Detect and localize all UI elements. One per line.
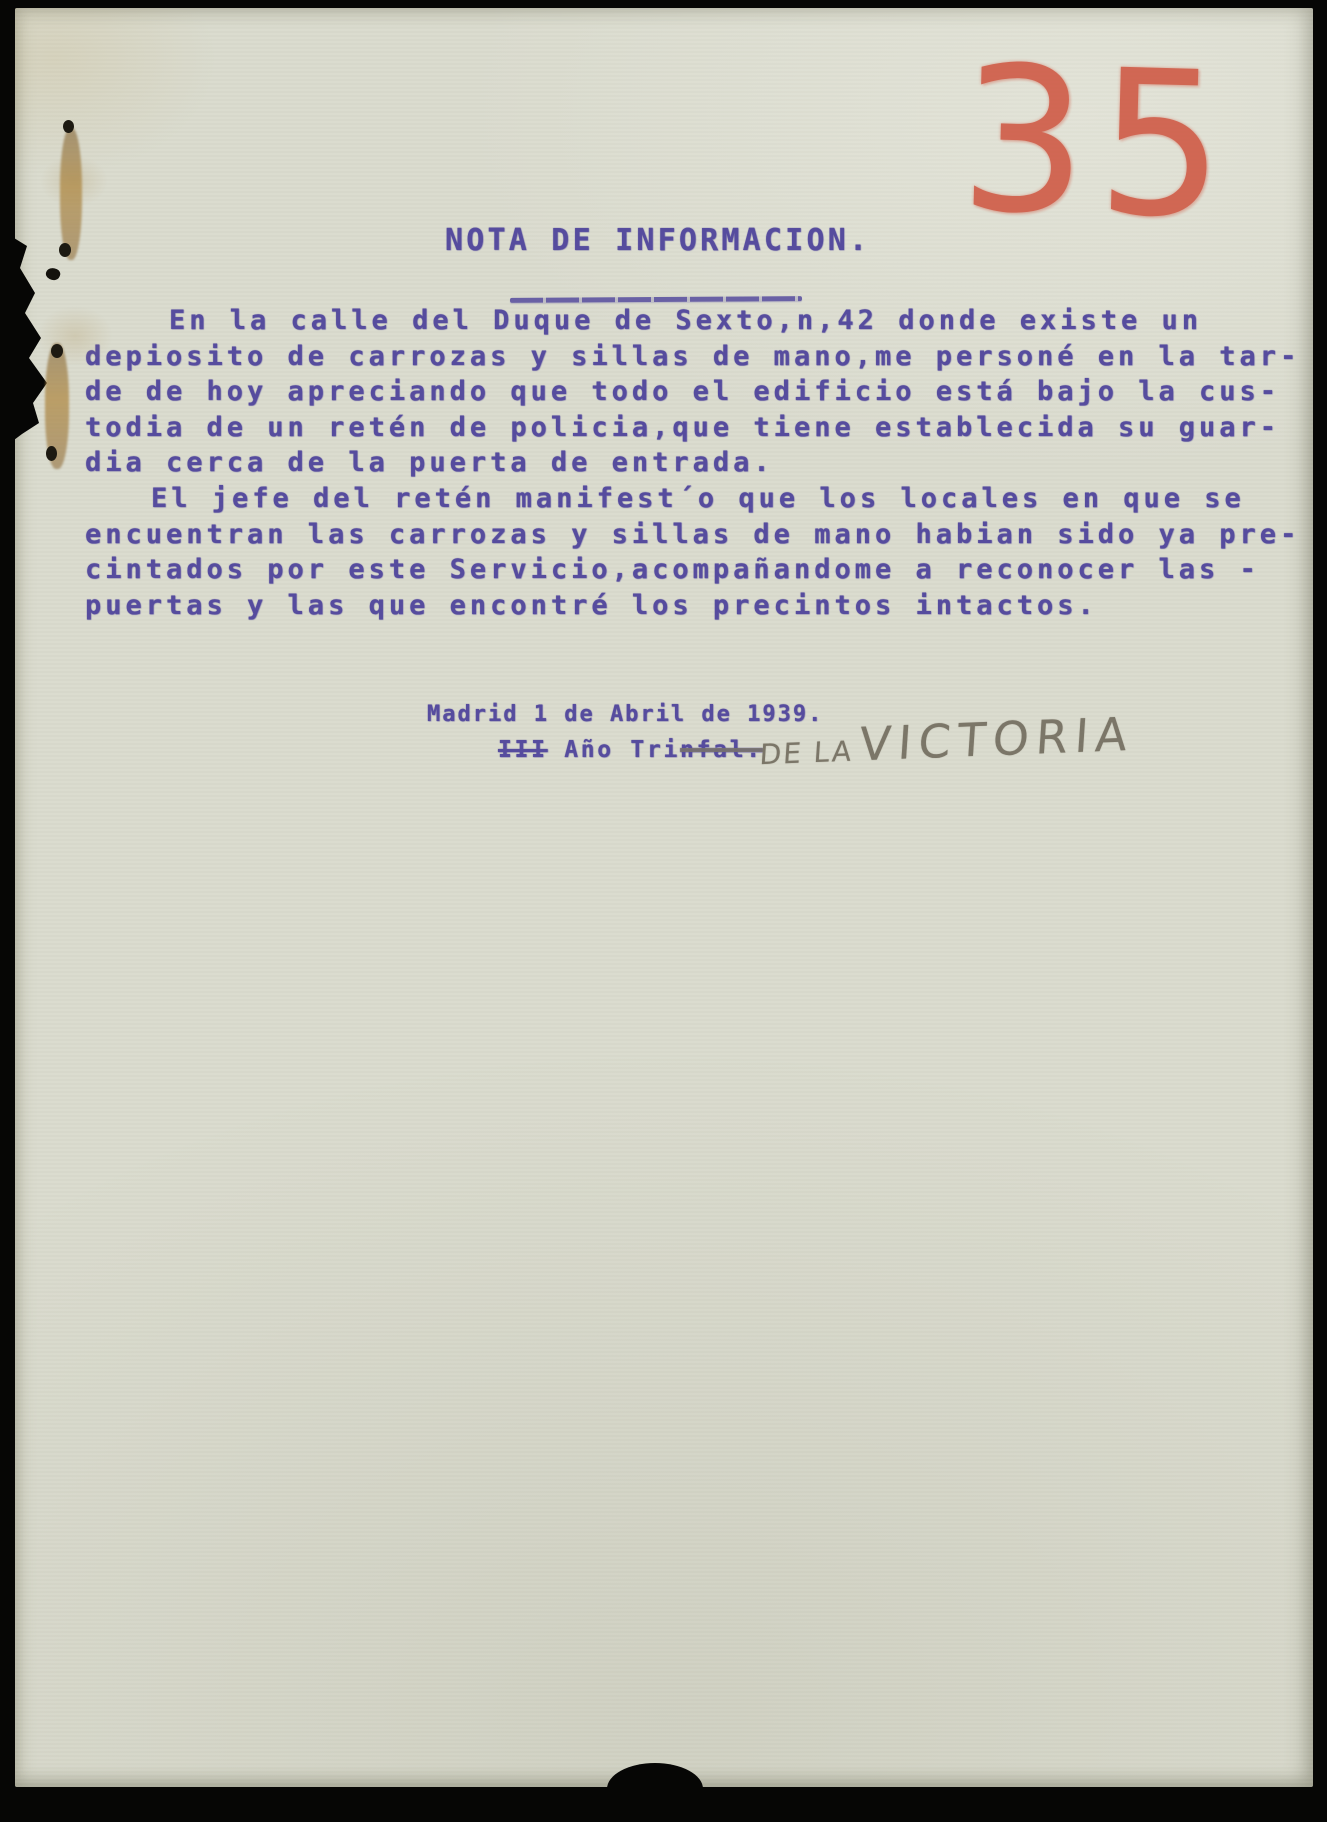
stain-smudge: [25, 296, 125, 376]
year-line-struck-suffix: nfal.: [680, 737, 763, 763]
paragraph-2: El jefe del retén manifest´o que los loc…: [85, 481, 1325, 623]
year-line: III Año Trinfal.: [498, 737, 763, 765]
paragraph-1: En la calle del Duque de Sexto,n,42 dond…: [85, 303, 1325, 481]
handwritten-annotation-large: VICTORIA: [858, 707, 1136, 772]
year-line-text: Año Tri: [548, 737, 680, 763]
text-line: depiosito de carrozas y sillas de mano,m…: [85, 339, 1325, 375]
staple-hole: [63, 120, 74, 133]
text-line: todia de un retén de policia,que tiene e…: [85, 410, 1325, 446]
document-page: 35 NOTA DE INFORMACION. En la calle del …: [15, 8, 1313, 1787]
staple-hole: [46, 446, 57, 461]
scan-background: { "scan": { "page_number": "35" }, "doc"…: [0, 0, 1327, 1822]
page-number-crayon: 35: [957, 40, 1237, 247]
document-body: En la calle del Duque de Sexto,n,42 dond…: [85, 303, 1325, 623]
paper-nick: [44, 266, 62, 283]
text-line: El jefe del retén manifest´o que los loc…: [85, 481, 1325, 517]
year-line-struck-roman: III: [498, 737, 548, 763]
text-line: de de hoy apreciando que todo el edifici…: [85, 374, 1325, 410]
text-line: cintados por este Servicio,acompañandome…: [85, 552, 1325, 588]
bottom-edge-notch: [607, 1763, 703, 1789]
staple-hole: [51, 344, 63, 358]
document-title: NOTA DE INFORMACION.: [445, 226, 870, 256]
text-line: En la calle del Duque de Sexto,n,42 dond…: [85, 303, 1325, 339]
title-underline: [510, 296, 802, 303]
rust-stain: [60, 128, 82, 260]
handwritten-annotation-small: DE LA: [759, 735, 855, 772]
staple-hole: [59, 243, 71, 257]
text-line: puertas y las que encontré los precintos…: [85, 588, 1325, 624]
text-line: dia cerca de la puerta de entrada.: [85, 445, 1325, 481]
text-line: encuentran las carrozas y sillas de mano…: [85, 517, 1325, 553]
